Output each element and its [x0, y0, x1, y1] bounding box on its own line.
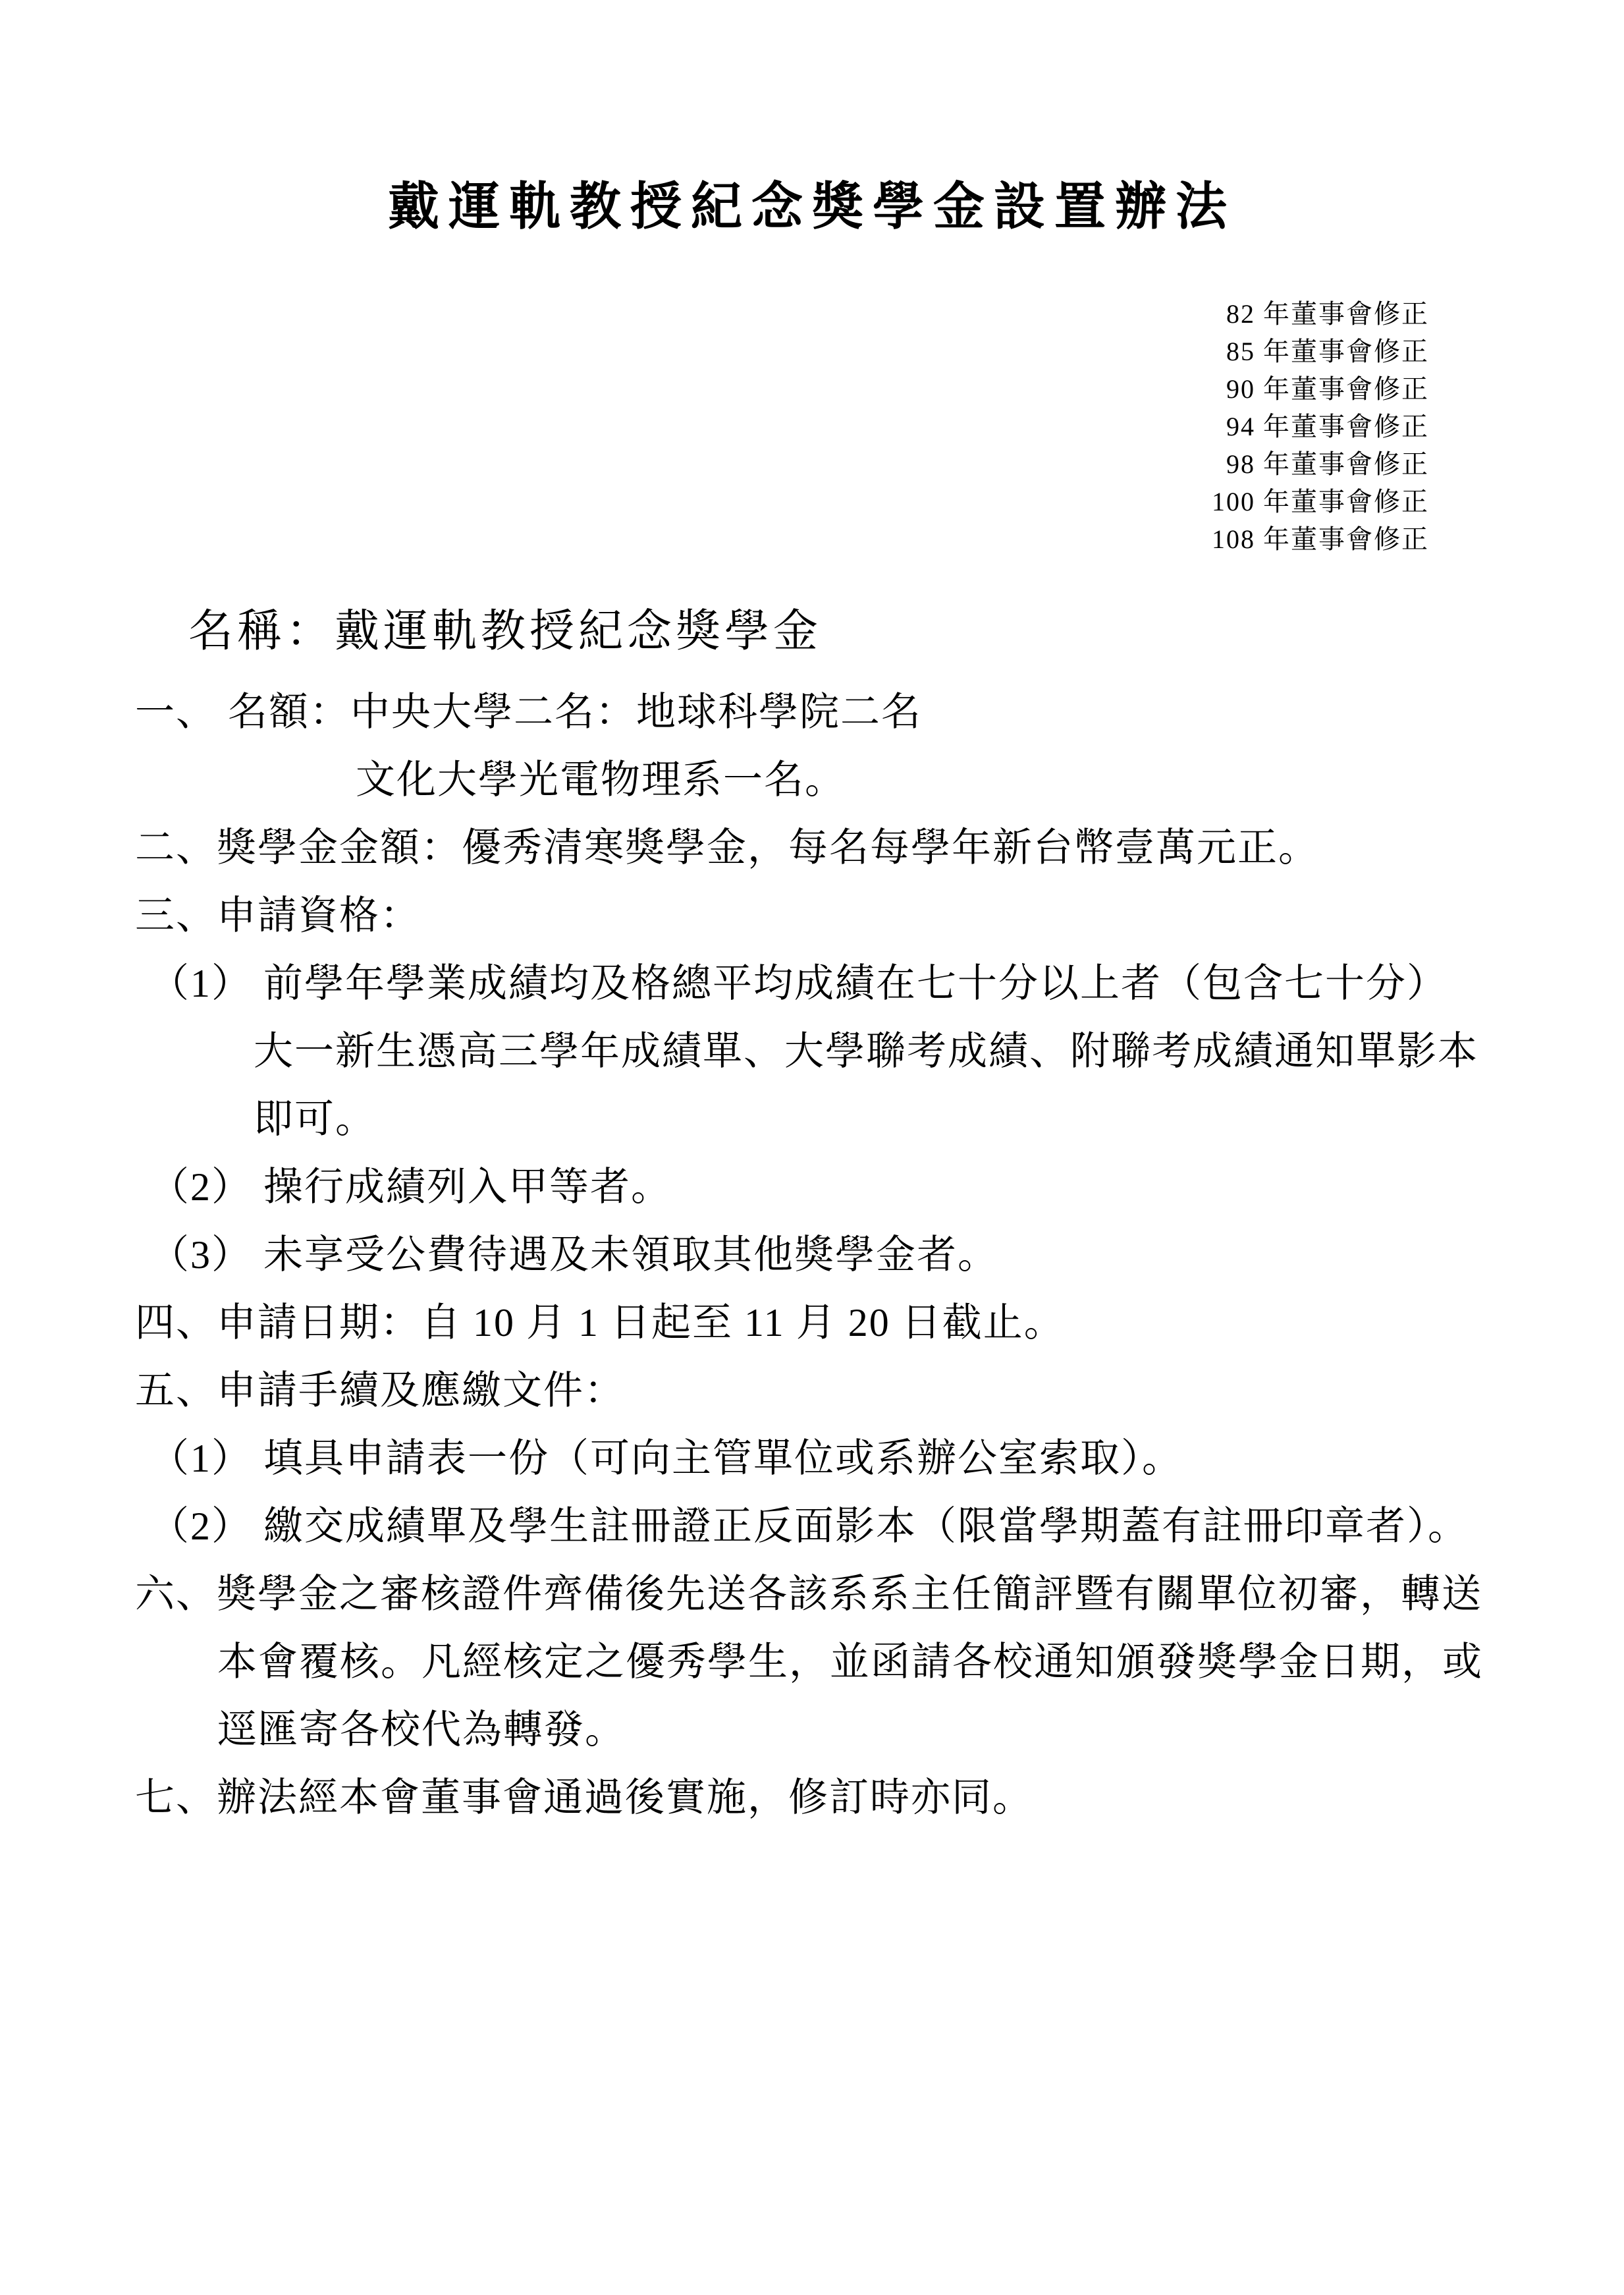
- clause-3-item-1-continuation: 大一新生憑高三學年成績單、大學聯考成績、附聯考成績通知單影本: [135, 1018, 1624, 1086]
- clause-3-item-3: （3） 未享受公費待遇及未領取其他獎學金者。: [135, 1221, 1624, 1289]
- revision-history: 82 年董事會修正 85 年董事會修正 90 年董事會修正 94 年董事會修正 …: [0, 295, 1429, 558]
- document-title: 戴運軌教授紀念獎學金設置辦法: [0, 0, 1624, 237]
- clause-6: 六、獎學金之審核證件齊備後先送各該系系主任簡評暨有關單位初審，轉送: [135, 1561, 1624, 1628]
- clause-2: 二、獎學金金額：優秀清寒獎學金，每名每學年新台幣壹萬元正。: [135, 814, 1624, 882]
- revision-line: 98 年董事會修正: [0, 445, 1429, 483]
- clause-6-continuation: 逕匯寄各校代為轉發。: [135, 1696, 1624, 1764]
- document-body: 一、 名額：中央大學二名：地球科學院二名 文化大學光電物理系一名。 二、獎學金金…: [135, 678, 1624, 1832]
- scanned-document-page: 戴運軌教授紀念獎學金設置辦法 82 年董事會修正 85 年董事會修正 90 年董…: [0, 0, 1624, 2295]
- clause-3: 三、申請資格：: [135, 882, 1624, 950]
- scholarship-name-heading: 名稱：戴運軌教授紀念獎學金: [188, 597, 1624, 665]
- clause-3-item-1: （1） 前學年學業成績均及格總平均成績在七十分以上者（包含七十分）: [135, 950, 1624, 1018]
- clause-5: 五、申請手續及應繳文件：: [135, 1357, 1624, 1425]
- clause-7: 七、辦法經本會董事會通過後實施，修訂時亦同。: [135, 1764, 1624, 1832]
- revision-line: 108 年董事會修正: [0, 520, 1429, 558]
- clause-5-item-1: （1） 填具申請表一份（可向主管單位或系辦公室索取）。: [135, 1425, 1624, 1493]
- revision-line: 85 年董事會修正: [0, 333, 1429, 370]
- clause-3-item-1-continuation: 即可。: [135, 1086, 1624, 1153]
- clause-1: 一、 名額：中央大學二名：地球科學院二名: [135, 678, 1624, 746]
- clause-3-item-2: （2） 操行成績列入甲等者。: [135, 1153, 1624, 1221]
- revision-line: 94 年董事會修正: [0, 408, 1429, 445]
- clause-4: 四、申請日期：自 10 月 1 日起至 11 月 20 日截止。: [135, 1289, 1624, 1357]
- revision-line: 90 年董事會修正: [0, 370, 1429, 408]
- clause-6-continuation: 本會覆核。凡經核定之優秀學生，並函請各校通知頒發獎學金日期，或: [135, 1628, 1624, 1696]
- clause-1-continuation: 文化大學光電物理系一名。: [135, 746, 1624, 814]
- clause-5-item-2: （2） 繳交成績單及學生註冊證正反面影本（限當學期蓋有註冊印章者）。: [135, 1493, 1624, 1561]
- revision-line: 82 年董事會修正: [0, 295, 1429, 333]
- revision-line: 100 年董事會修正: [0, 483, 1429, 520]
